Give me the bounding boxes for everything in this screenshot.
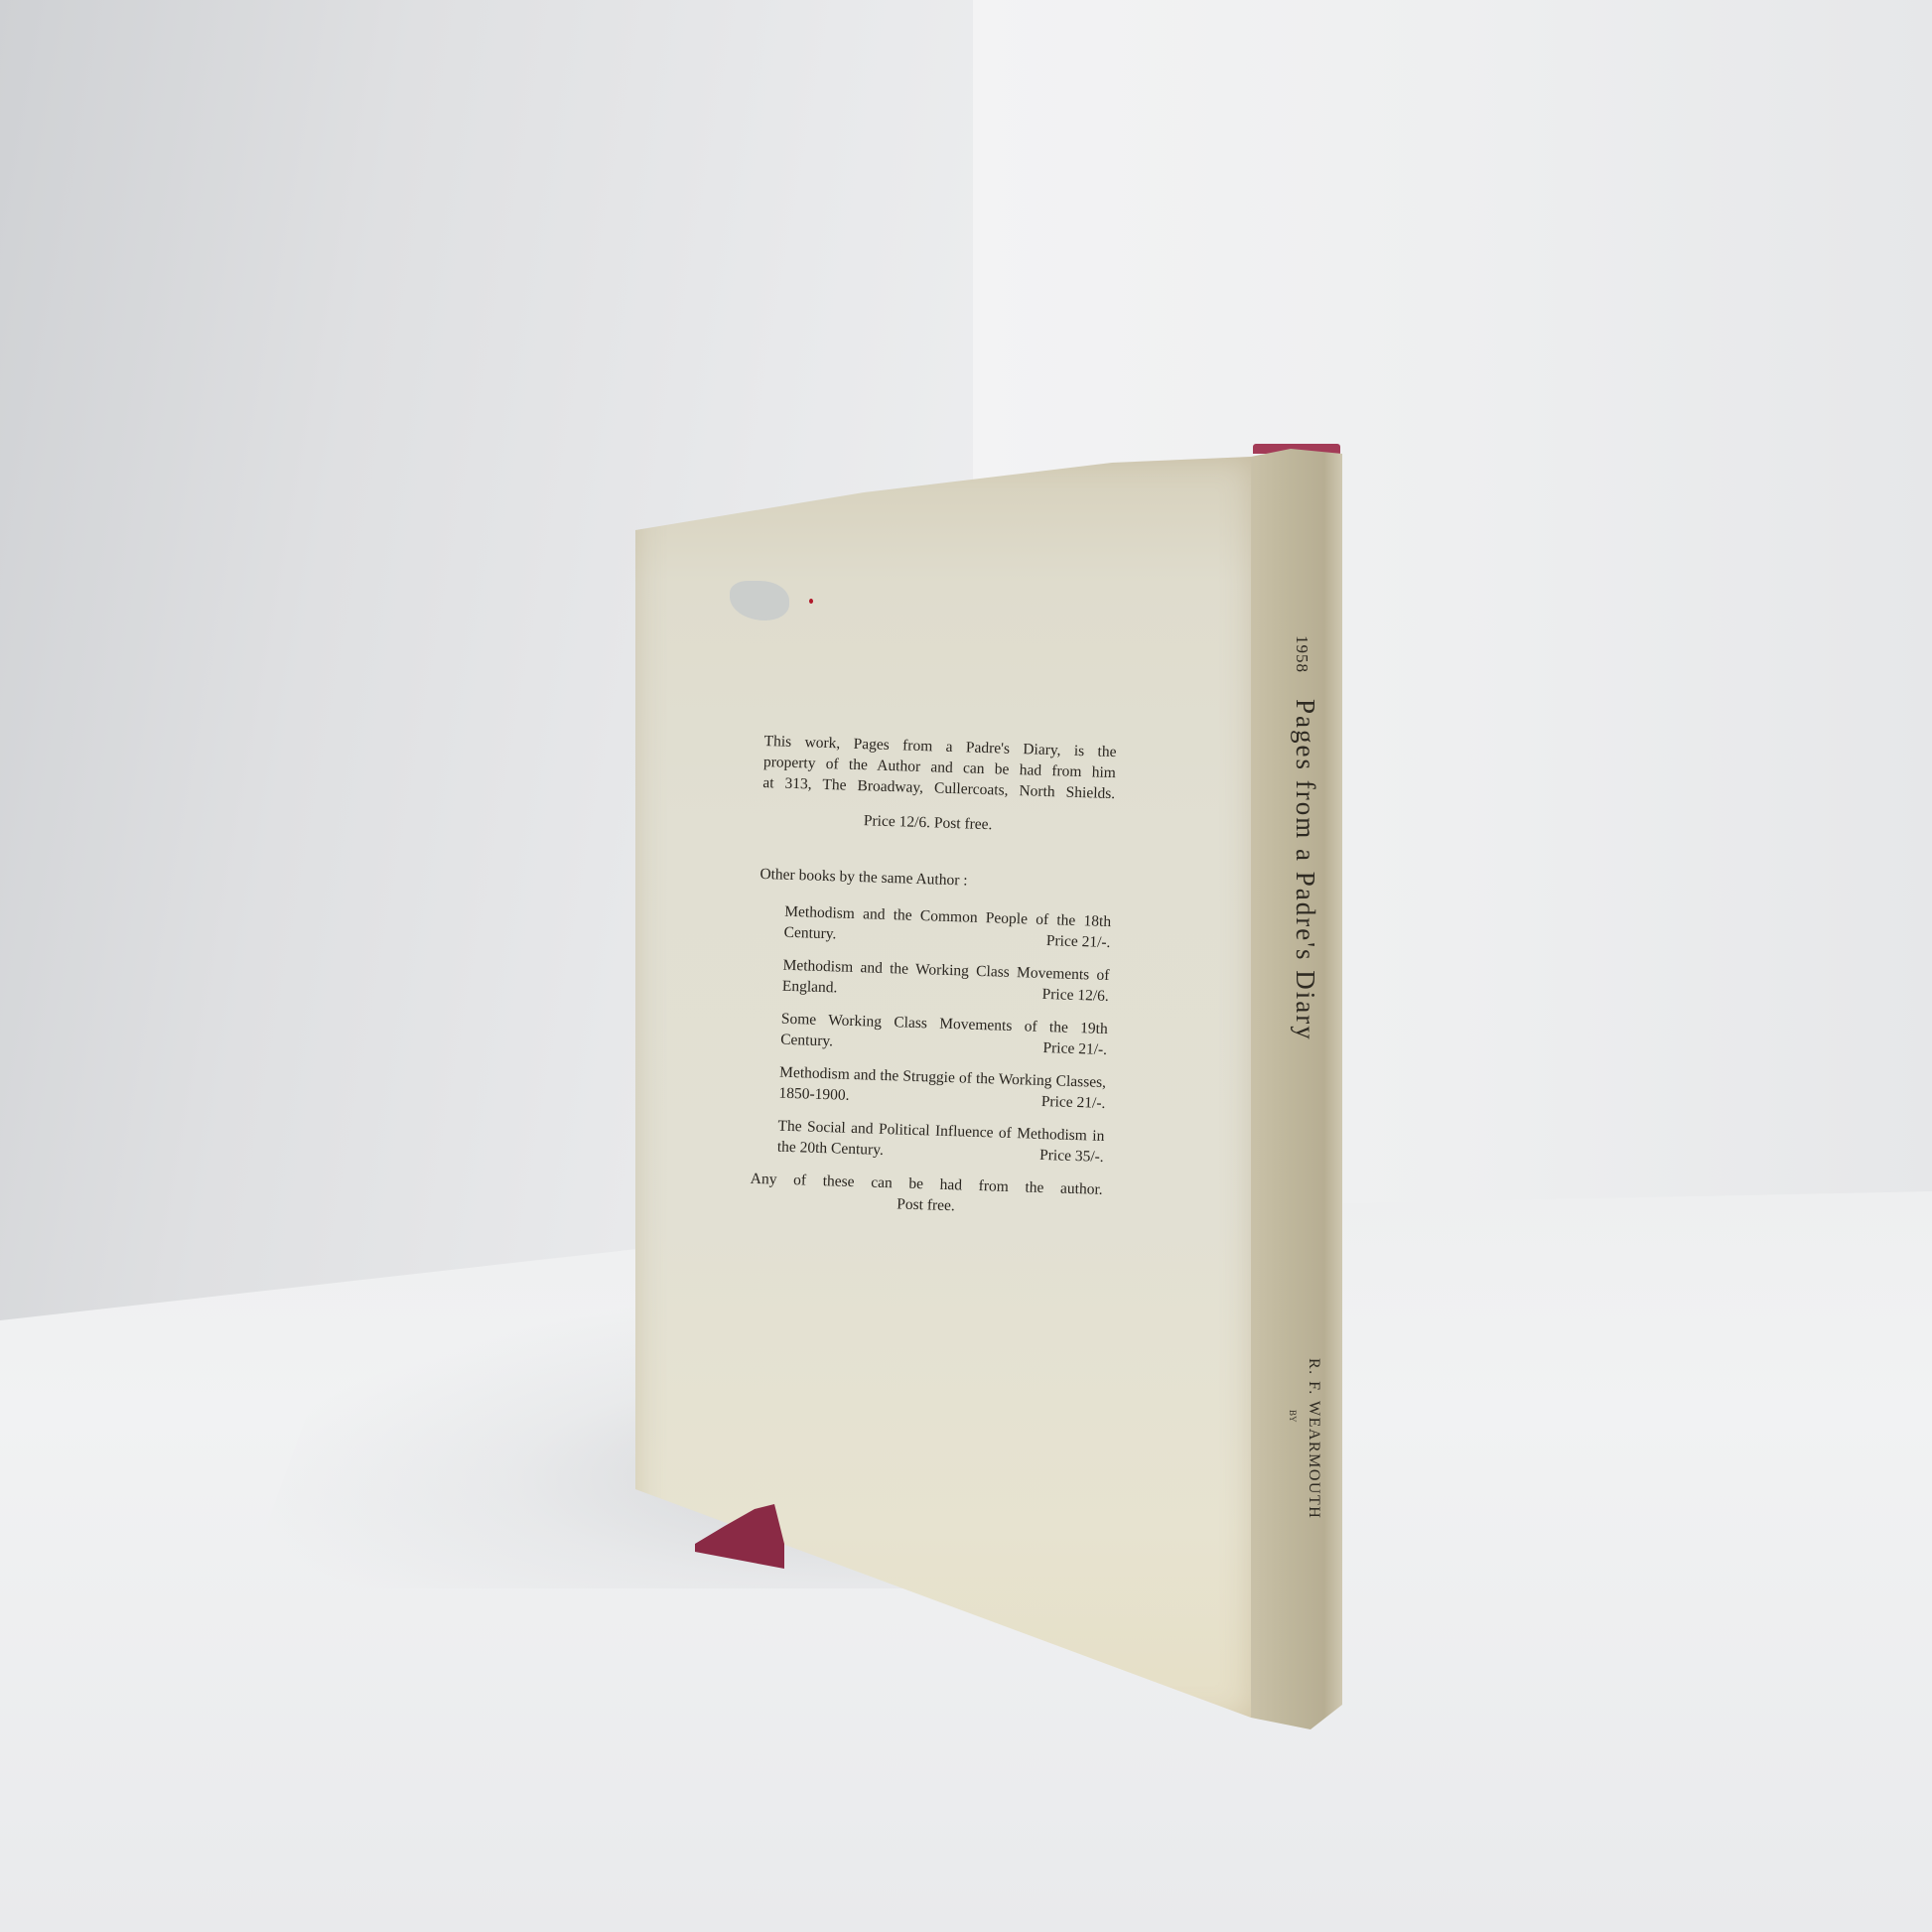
- book-entry: Methodism and the Common People of the 1…: [783, 901, 1111, 953]
- red-ink-spot: [809, 599, 813, 604]
- back-cover-text: This work, Pages from a Padre's Diary, i…: [750, 731, 1117, 1221]
- spine-title-block: 1958 Pages from a Padre's Diary: [1290, 635, 1320, 1041]
- book-list: Methodism and the Common People of the 1…: [777, 901, 1112, 1168]
- book-entry: Methodism and the Struggie of the Workin…: [778, 1062, 1106, 1114]
- spine-by: BY: [1288, 1410, 1298, 1423]
- book-entry: Some Working Class Movements of the 19th…: [780, 1009, 1108, 1060]
- spine-title: Pages from a Padre's Diary: [1291, 699, 1320, 1041]
- other-books-heading: Other books by the same Author :: [759, 864, 1112, 896]
- book-entry: The Social and Political Influence of Me…: [777, 1116, 1105, 1168]
- spine-year: 1958: [1293, 635, 1311, 673]
- spine-author: R. F. WEARMOUTH: [1305, 1358, 1322, 1519]
- price-line: Price 12/6. Post free.: [761, 807, 1114, 839]
- intro-paragraph: This work, Pages from a Padre's Diary, i…: [762, 731, 1117, 804]
- book-entry: Methodism and the Working Class Movement…: [782, 955, 1110, 1007]
